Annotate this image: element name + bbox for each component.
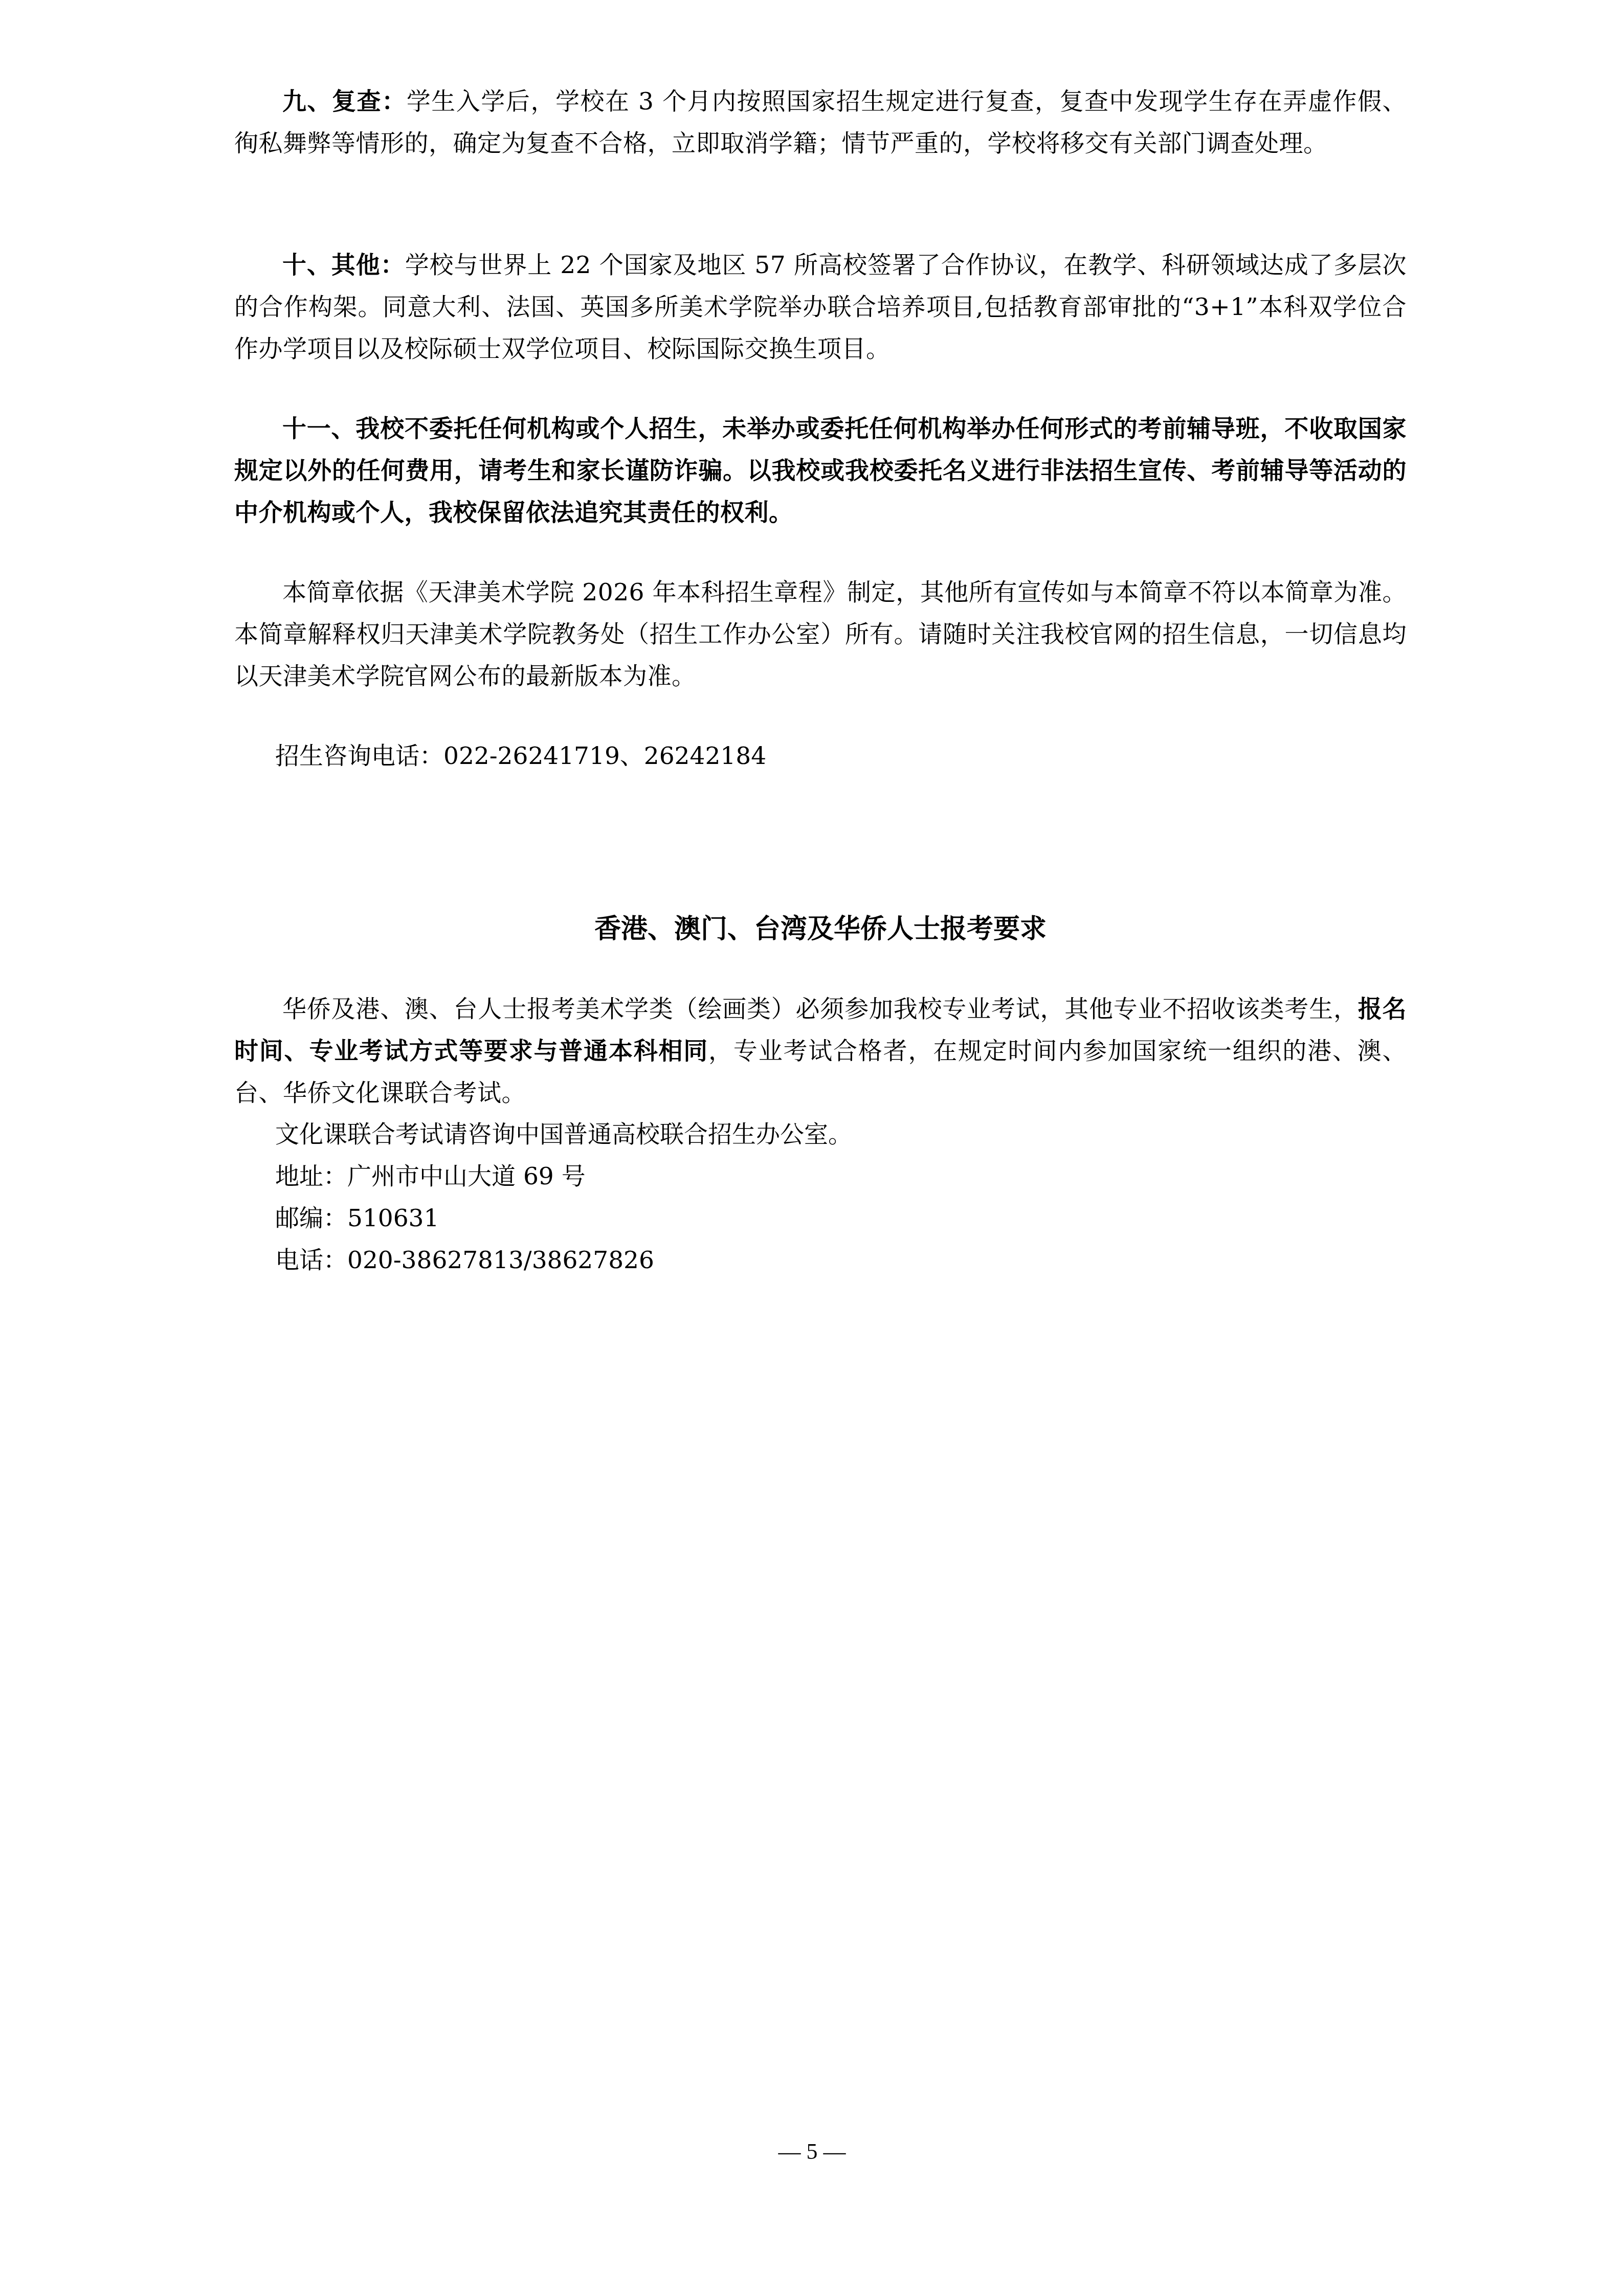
hk-intro-before: 华侨及港、澳、台人士报考美术学类（绘画类）必须参加我校专业考试，其他专业不招收该… — [282, 995, 1358, 1023]
hk-postcode-line: 邮编：510631 — [275, 1198, 439, 1240]
section-review: 九、复查：学生入学后，学校在 3 个月内按照国家招生规定进行复查，复查中发现学生… — [234, 81, 1407, 165]
section-other: 十、其他：学校与世界上 22 个国家及地区 57 所高校签署了合作协议，在教学、… — [234, 244, 1407, 370]
admission-contact-phone: 招生咨询电话：022-26241719、26242184 — [275, 735, 766, 777]
section-review-text: 学生入学后，学校在 3 个月内按照国家招生规定进行复查，复查中发现学生存在弄虚作… — [234, 87, 1407, 157]
section-review-label: 九、复查： — [282, 87, 407, 116]
hk-consult-line: 文化课联合考试请咨询中国普通高校联合招生办公室。 — [275, 1114, 852, 1156]
section-basis: 本简章依据《天津美术学院 2026 年本科招生章程》制定，其他所有宣传如与本简章… — [234, 572, 1407, 697]
section-anti-fraud: 十一、我校不委托任何机构或个人招生，未举办或委托任何机构举办任何形式的考前辅导班… — [234, 408, 1407, 534]
section-other-label: 十、其他： — [282, 251, 405, 279]
hk-section-heading: 香港、澳门、台湾及华侨人士报考要求 — [234, 908, 1407, 950]
page-number: — 5 — — [0, 2136, 1624, 2167]
section-other-text: 学校与世界上 22 个国家及地区 57 所高校签署了合作协议，在教学、科研领域达… — [234, 251, 1407, 363]
hk-section-intro: 华侨及港、澳、台人士报考美术学类（绘画类）必须参加我校专业考试，其他专业不招收该… — [234, 988, 1407, 1114]
hk-address-line: 地址：广州市中山大道 69 号 — [275, 1156, 586, 1198]
hk-phone-line: 电话：020-38627813/38627826 — [275, 1240, 654, 1281]
